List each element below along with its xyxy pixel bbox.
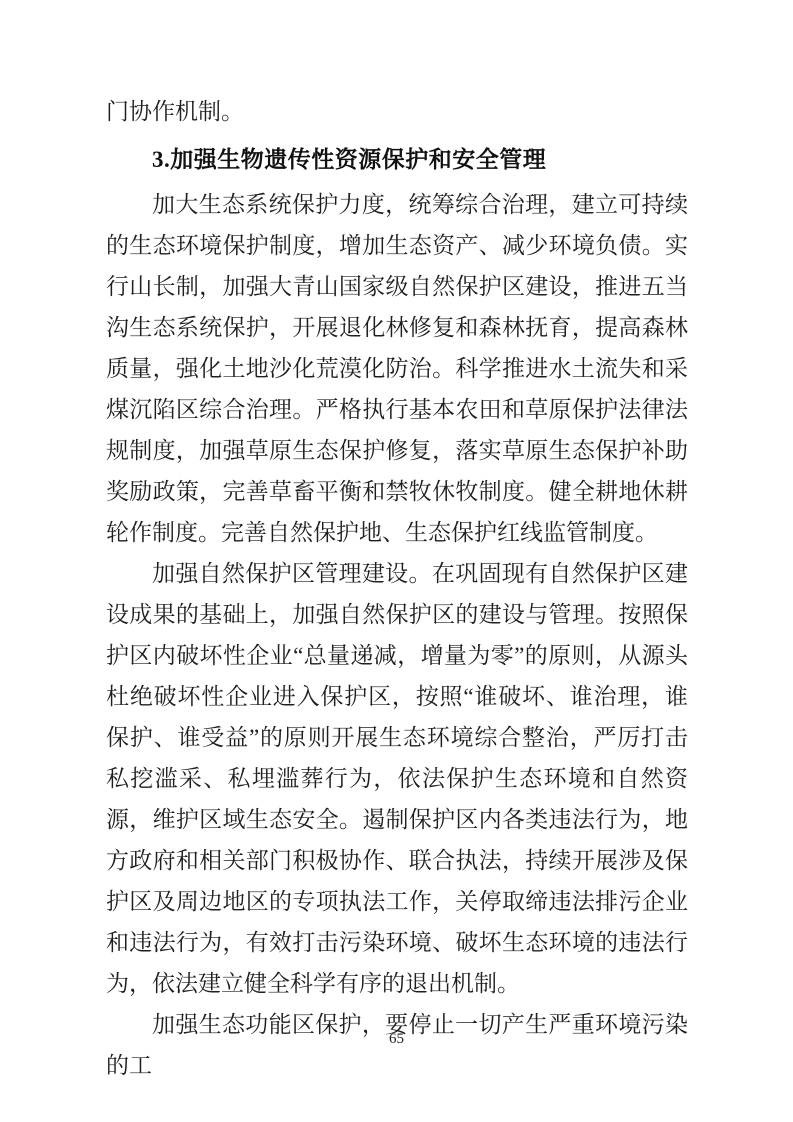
- document-page: 门协作机制。 3.加强生物遗传性资源保护和安全管理 加大生态系统保护力度，统筹综…: [0, 0, 793, 1122]
- paragraph-2: 加强自然保护区管理建设。在巩固现有自然保护区建设成果的基础上，加强自然保护区的建…: [106, 553, 688, 1004]
- page-number: 65: [389, 1031, 404, 1047]
- page-content: 门协作机制。 3.加强生物遗传性资源保护和安全管理 加大生态系统保护力度，统筹综…: [106, 91, 688, 1086]
- page-footer: 65: [0, 1030, 793, 1048]
- paragraph-1: 加大生态系统保护力度，统筹综合治理，建立可持续的生态环境保护制度，增加生态资产、…: [106, 184, 688, 553]
- paragraph-continuation: 门协作机制。: [106, 91, 688, 132]
- section-heading: 3.加强生物遗传性资源保护和安全管理: [106, 139, 688, 180]
